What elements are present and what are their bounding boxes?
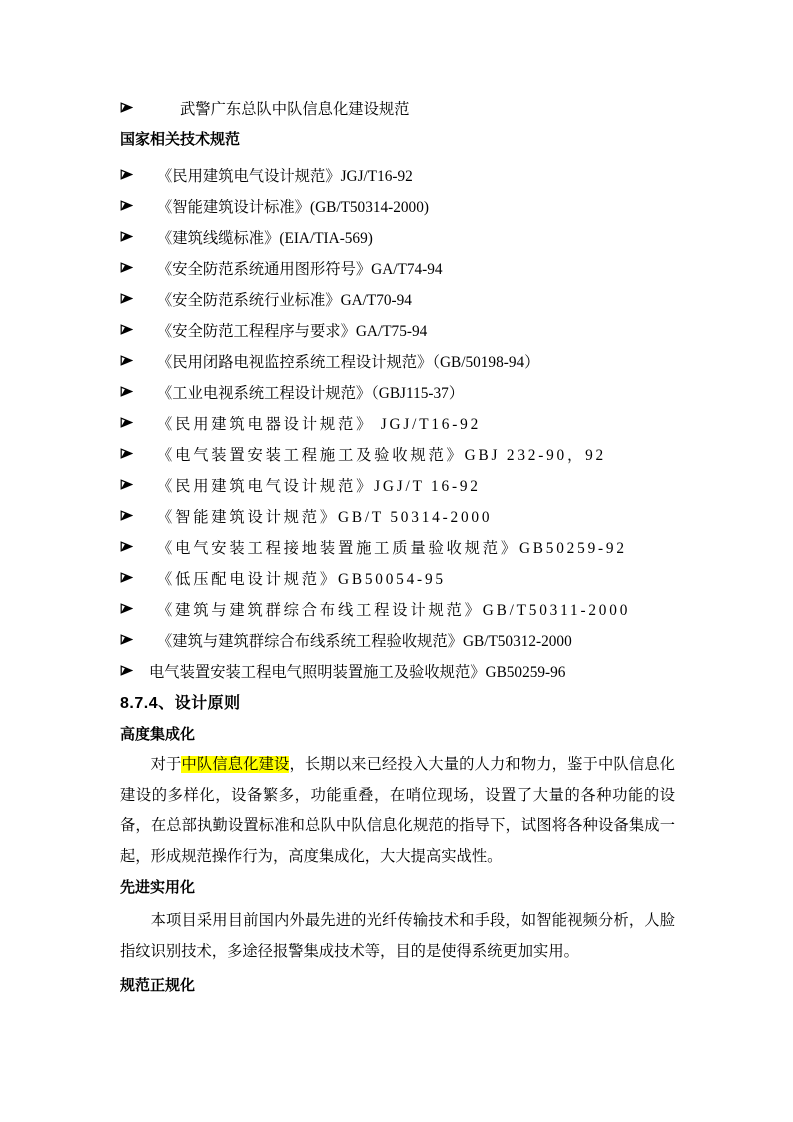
arrow-bullet-icon (120, 540, 157, 553)
design-section-heading: 8.7.4、设计原则 (120, 688, 675, 719)
arrow-bullet-icon (120, 571, 157, 584)
arrow-bullet-icon (120, 509, 157, 522)
standard-item-text: 《智能建筑设计规范》GB/T 50314-2000 (157, 505, 492, 527)
advanced-paragraph: 本项目采用目前国内外最先进的光纤传输技术和手段，如智能视频分析，人脸指纹识别技术… (120, 906, 675, 967)
standard-item-text: 《电气安装工程接地装置施工质量验收规范》GB50259-92 (157, 536, 627, 558)
standard-item-text: 《安全防范系统行业标准》GA/T70-94 (157, 288, 412, 310)
list-item: 《智能建筑设计规范》GB/T 50314-2000 (120, 500, 675, 531)
arrow-bullet-icon (120, 354, 157, 367)
standard-item-text: 《民用建筑电气设计规范》JGJ/T 16-92 (157, 474, 481, 496)
standard-item-text: 《民用闭路电视监控系统工程设计规范》（GB/50198-94） (157, 350, 539, 372)
list-item: 《建筑线缆标准》(EIA/TIA-569) (120, 221, 675, 252)
standard-item-text: 《安全防范工程程序与要求》GA/T75-94 (157, 319, 427, 341)
list-item: 《民用闭路电视监控系统工程设计规范》（GB/50198-94） (120, 345, 675, 376)
list-item: 《智能建筑设计标准》(GB/T50314-2000) (120, 190, 675, 221)
standards-section-heading: 国家相关技术规范 (120, 124, 675, 155)
list-item: 《安全防范系统行业标准》GA/T70-94 (120, 283, 675, 314)
advanced-sub-heading: 先进实用化 (120, 872, 675, 903)
standard-item-text: 《建筑与建筑群综合布线系统工程验收规范》GB/T50312-2000 (157, 629, 572, 651)
list-item: 《电气安装工程接地装置施工质量验收规范》GB50259-92 (120, 531, 675, 562)
standard-item-text: 《低压配电设计规范》GB50054-95 (157, 567, 446, 589)
standard-item-text: 《智能建筑设计标准》(GB/T50314-2000) (157, 195, 429, 217)
document-page: 武警广东总队中队信息化建设规范 国家相关技术规范 《民用建筑电气设计规范》JGJ… (0, 0, 793, 1122)
list-item: 《安全防范系统通用图形符号》GA/T74-94 (120, 252, 675, 283)
arrow-bullet-icon (120, 261, 157, 274)
standard-item-text: 电气装置安装工程电气照明装置施工及验收规范》GB50259-96 (149, 660, 565, 682)
list-item: 《安全防范工程程序与要求》GA/T75-94 (120, 314, 675, 345)
highlighted-text: 中队信息化建设 (181, 756, 289, 773)
list-item: 《民用建筑电气设计规范》JGJ/T16-92 (120, 159, 675, 190)
standard-item-text: 《建筑与建筑群综合布线工程设计规范》GB/T50311-2000 (157, 598, 630, 620)
intro-text: 武警广东总队中队信息化建设规范 (180, 97, 409, 119)
list-item: 电气装置安装工程电气照明装置施工及验收规范》GB50259-96 (120, 655, 675, 686)
list-item: 《建筑与建筑群综合布线系统工程验收规范》GB/T50312-2000 (120, 624, 675, 655)
standard-item-text: 《民用建筑电气设计规范》JGJ/T16-92 (157, 164, 413, 186)
standards-list: 《民用建筑电气设计规范》JGJ/T16-92《智能建筑设计标准》(GB/T503… (120, 159, 675, 686)
list-item: 《民用建筑电气设计规范》JGJ/T 16-92 (120, 469, 675, 500)
standard-item-text: 《安全防范系统通用图形符号》GA/T74-94 (157, 257, 443, 279)
standard-item-text: 《建筑线缆标准》(EIA/TIA-569) (157, 226, 373, 248)
arrow-bullet-icon (120, 447, 157, 460)
integration-paragraph: 对于中队信息化建设，长期以来已经投入大量的人力和物力，鉴于中队信息化建设的多样化… (120, 750, 675, 872)
standard-item-text: 《工业电视系统工程设计规范》（GBJ115-37） (157, 381, 464, 403)
integration-sub-heading: 高度集成化 (120, 719, 675, 750)
arrow-bullet-icon (120, 633, 157, 646)
arrow-bullet-icon (120, 199, 157, 212)
standardized-sub-heading: 规范正规化 (120, 970, 675, 1001)
list-item: 《民用建筑电器设计规范》 JGJ/T16-92 (120, 407, 675, 438)
list-item: 《低压配电设计规范》GB50054-95 (120, 562, 675, 593)
arrow-bullet-icon (120, 230, 157, 243)
arrow-bullet-icon (120, 168, 157, 181)
arrow-bullet-icon (120, 478, 157, 491)
intro-bullet-row: 武警广东总队中队信息化建设规范 (120, 92, 675, 123)
arrow-bullet-icon (120, 416, 157, 429)
standard-item-text: 《民用建筑电器设计规范》 JGJ/T16-92 (157, 412, 481, 434)
arrow-bullet-icon (120, 602, 157, 615)
arrow-bullet-icon (120, 323, 157, 336)
arrow-bullet-icon (120, 101, 180, 114)
list-item: 《工业电视系统工程设计规范》（GBJ115-37） (120, 376, 675, 407)
arrow-bullet-icon (120, 664, 149, 677)
integration-text-before: 对于 (151, 756, 182, 773)
list-item: 《建筑与建筑群综合布线工程设计规范》GB/T50311-2000 (120, 593, 675, 624)
arrow-bullet-icon (120, 385, 157, 398)
standard-item-text: 《电气装置安装工程施工及验收规范》GBJ 232-90，92 (157, 443, 606, 465)
arrow-bullet-icon (120, 292, 157, 305)
list-item: 《电气装置安装工程施工及验收规范》GBJ 232-90，92 (120, 438, 675, 469)
